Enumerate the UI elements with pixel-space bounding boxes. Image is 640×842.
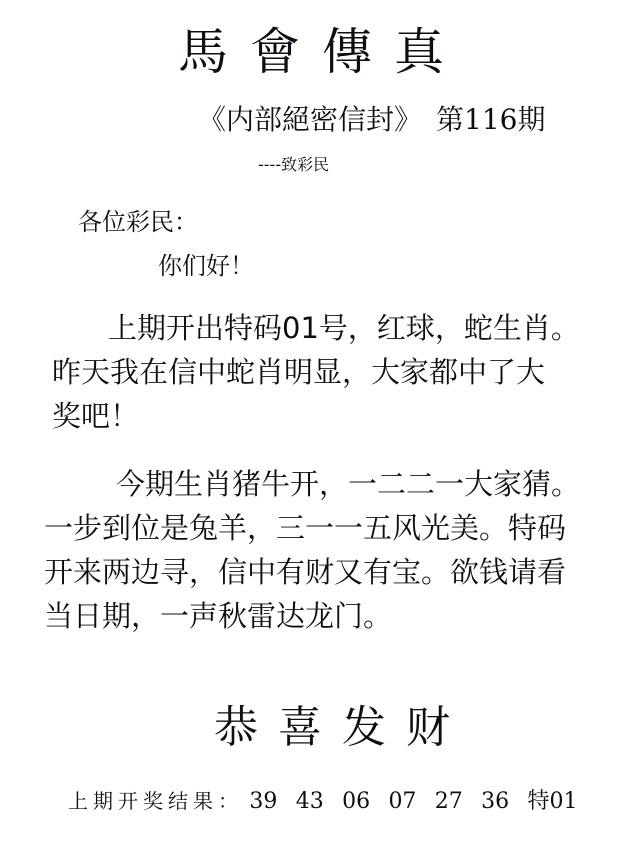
document-title: 馬會傳真 [178, 22, 466, 82]
result-number: 06 [342, 787, 370, 817]
closing-blessing: 恭喜发财 [214, 700, 470, 756]
results-label: 上期开奖结果： [68, 789, 243, 813]
result-number: 27 [435, 787, 463, 817]
salutation: 各位彩民： [78, 206, 198, 238]
paragraph-line: 上期开出特码01号，红球，蛇生肖。 [52, 306, 612, 350]
paragraph-prediction: 今期生肖猪牛开，一二二一大家猜。 一步到位是兔羊，三一一五风光美。特码 开来两边… [44, 462, 624, 638]
last-draw-results: 上期开奖结果： 39 43 06 07 27 36 特01 [68, 786, 578, 817]
result-number: 36 [481, 787, 509, 817]
result-number: 43 [296, 787, 324, 817]
result-number: 07 [388, 787, 416, 817]
addressee-line: ----致彩民 [258, 155, 329, 175]
paragraph-line: 当日期，一声秋雷达龙门。 [44, 594, 624, 638]
issue-number: 第116期 [436, 103, 545, 136]
paragraph-line: 一步到位是兔羊，三一一五风光美。特码 [44, 506, 624, 550]
paragraph-line: 今期生肖猪牛开，一二二一大家猜。 [44, 462, 624, 506]
subtitle-line: 《内部絕密信封》第116期 [198, 102, 545, 138]
paragraph-line: 开来两边寻，信中有财又有宝。欲钱请看 [44, 550, 624, 594]
subtitle-label: 《内部絕密信封》 [198, 103, 422, 136]
paragraph-last-result: 上期开出特码01号，红球，蛇生肖。 昨天我在信中蛇肖明显，大家都中了大 奖吧！ [52, 306, 612, 438]
result-number: 39 [249, 787, 277, 817]
greeting: 你们好！ [158, 250, 254, 282]
paragraph-line: 昨天我在信中蛇肖明显，大家都中了大 [52, 350, 612, 394]
special-number: 特01 [528, 789, 578, 814]
paragraph-line: 奖吧！ [52, 394, 612, 438]
